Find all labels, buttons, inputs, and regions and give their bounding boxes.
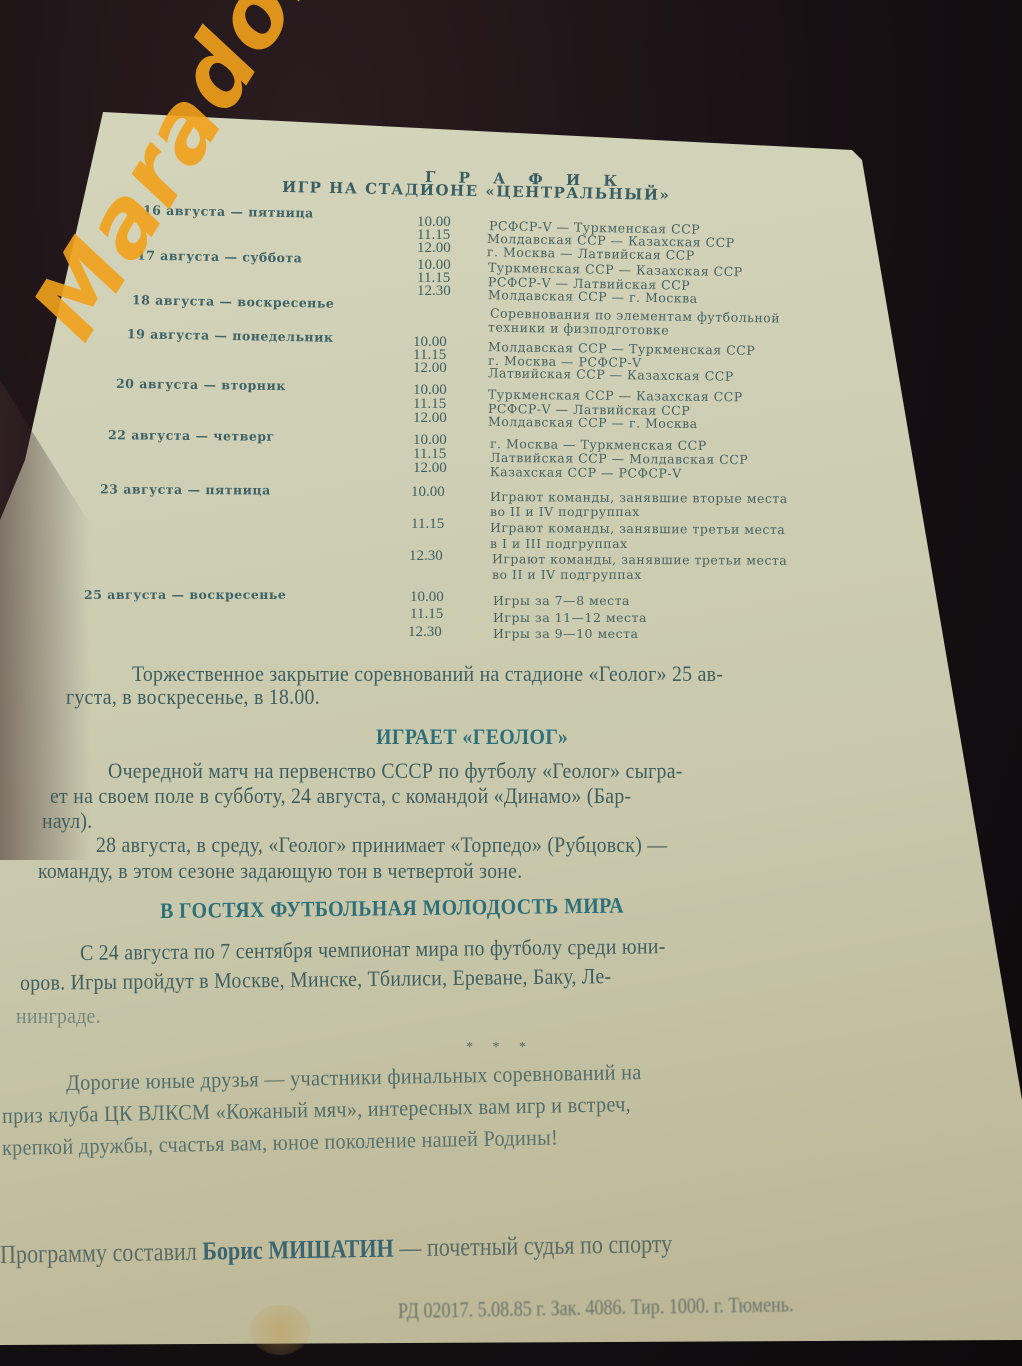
match-entry: Игры за 9—10 места (493, 627, 638, 640)
match-entry: Игры за 7—8 места (493, 594, 630, 607)
match-entry: в I и III подгруппах (490, 537, 628, 550)
game-time: 12.30 (408, 626, 442, 639)
match-entry: во II и IV подгруппах (490, 505, 640, 518)
separator-stars: * * * (466, 1040, 534, 1056)
game-time: 11.15 (411, 518, 444, 531)
match-entry: техники и физподготовке (488, 320, 669, 336)
day-label: 23 августа — пятница (100, 481, 271, 497)
match-entry: Молдавская ССР — г. Москва (488, 288, 698, 305)
game-time: 11.15 (410, 608, 443, 621)
paragraph-line: ет на своем поле в субботу, 24 августа, … (50, 783, 631, 809)
author-last-name: МИШАТИН (268, 1234, 394, 1265)
match-entry: Играют команды, занявшие третьи места (490, 521, 785, 536)
paragraph-line: наул). (42, 808, 92, 834)
author-first-name: Борис (202, 1236, 263, 1266)
match-entry: Казахская ССР — РСФСР-V (490, 465, 682, 480)
paragraph-line: команду, в этом сезоне задающую тон в че… (38, 858, 522, 884)
day-label: 20 августа — вторник (116, 376, 286, 393)
paragraph-line: 28 августа, в среду, «Геолог» принимает … (96, 832, 667, 858)
author-suffix: — почетный судья по спорту (399, 1229, 672, 1262)
game-time: 12.00 (413, 362, 447, 375)
game-time: 12.30 (417, 285, 451, 298)
match-entry: во II и IV подгруппах (492, 568, 642, 581)
game-time: 10.00 (410, 591, 444, 604)
day-label: 25 августа — воскресенье (84, 587, 286, 602)
game-time: 10.00 (411, 486, 445, 499)
closing-text: густа, в воскресенье, в 18.00. (66, 684, 320, 710)
match-entry: Игры за 11—12 места (493, 611, 647, 624)
match-entry: Играют команды, занявшие вторые места (490, 490, 788, 505)
game-time: 12.30 (409, 550, 443, 563)
paragraph-line: Очередной матч на первенство СССР по фут… (108, 758, 683, 784)
match-entry: Латвийская ССР — Казахская ССР (488, 366, 734, 382)
section-heading-geolog: ИГРАЕТ «ГЕОЛОГ» (376, 724, 568, 750)
match-entry: Молдавская ССР — г. Москва (488, 415, 698, 430)
section-heading-youth: В ГОСТЯХ ФУТБОЛЬНАЯ МОЛОДОСТЬ МИРА (160, 893, 624, 924)
author-prefix: Программу составил (0, 1237, 197, 1269)
paper-stain (250, 1305, 310, 1355)
game-time: 12.00 (413, 462, 447, 475)
paragraph-line: нинграде. (16, 1003, 101, 1029)
match-entry: Играют команды, занявшие третьи места (492, 552, 787, 567)
day-label: 22 августа — четверг (108, 427, 275, 444)
game-time: 12.00 (413, 412, 447, 425)
game-time: 12.00 (417, 242, 451, 255)
